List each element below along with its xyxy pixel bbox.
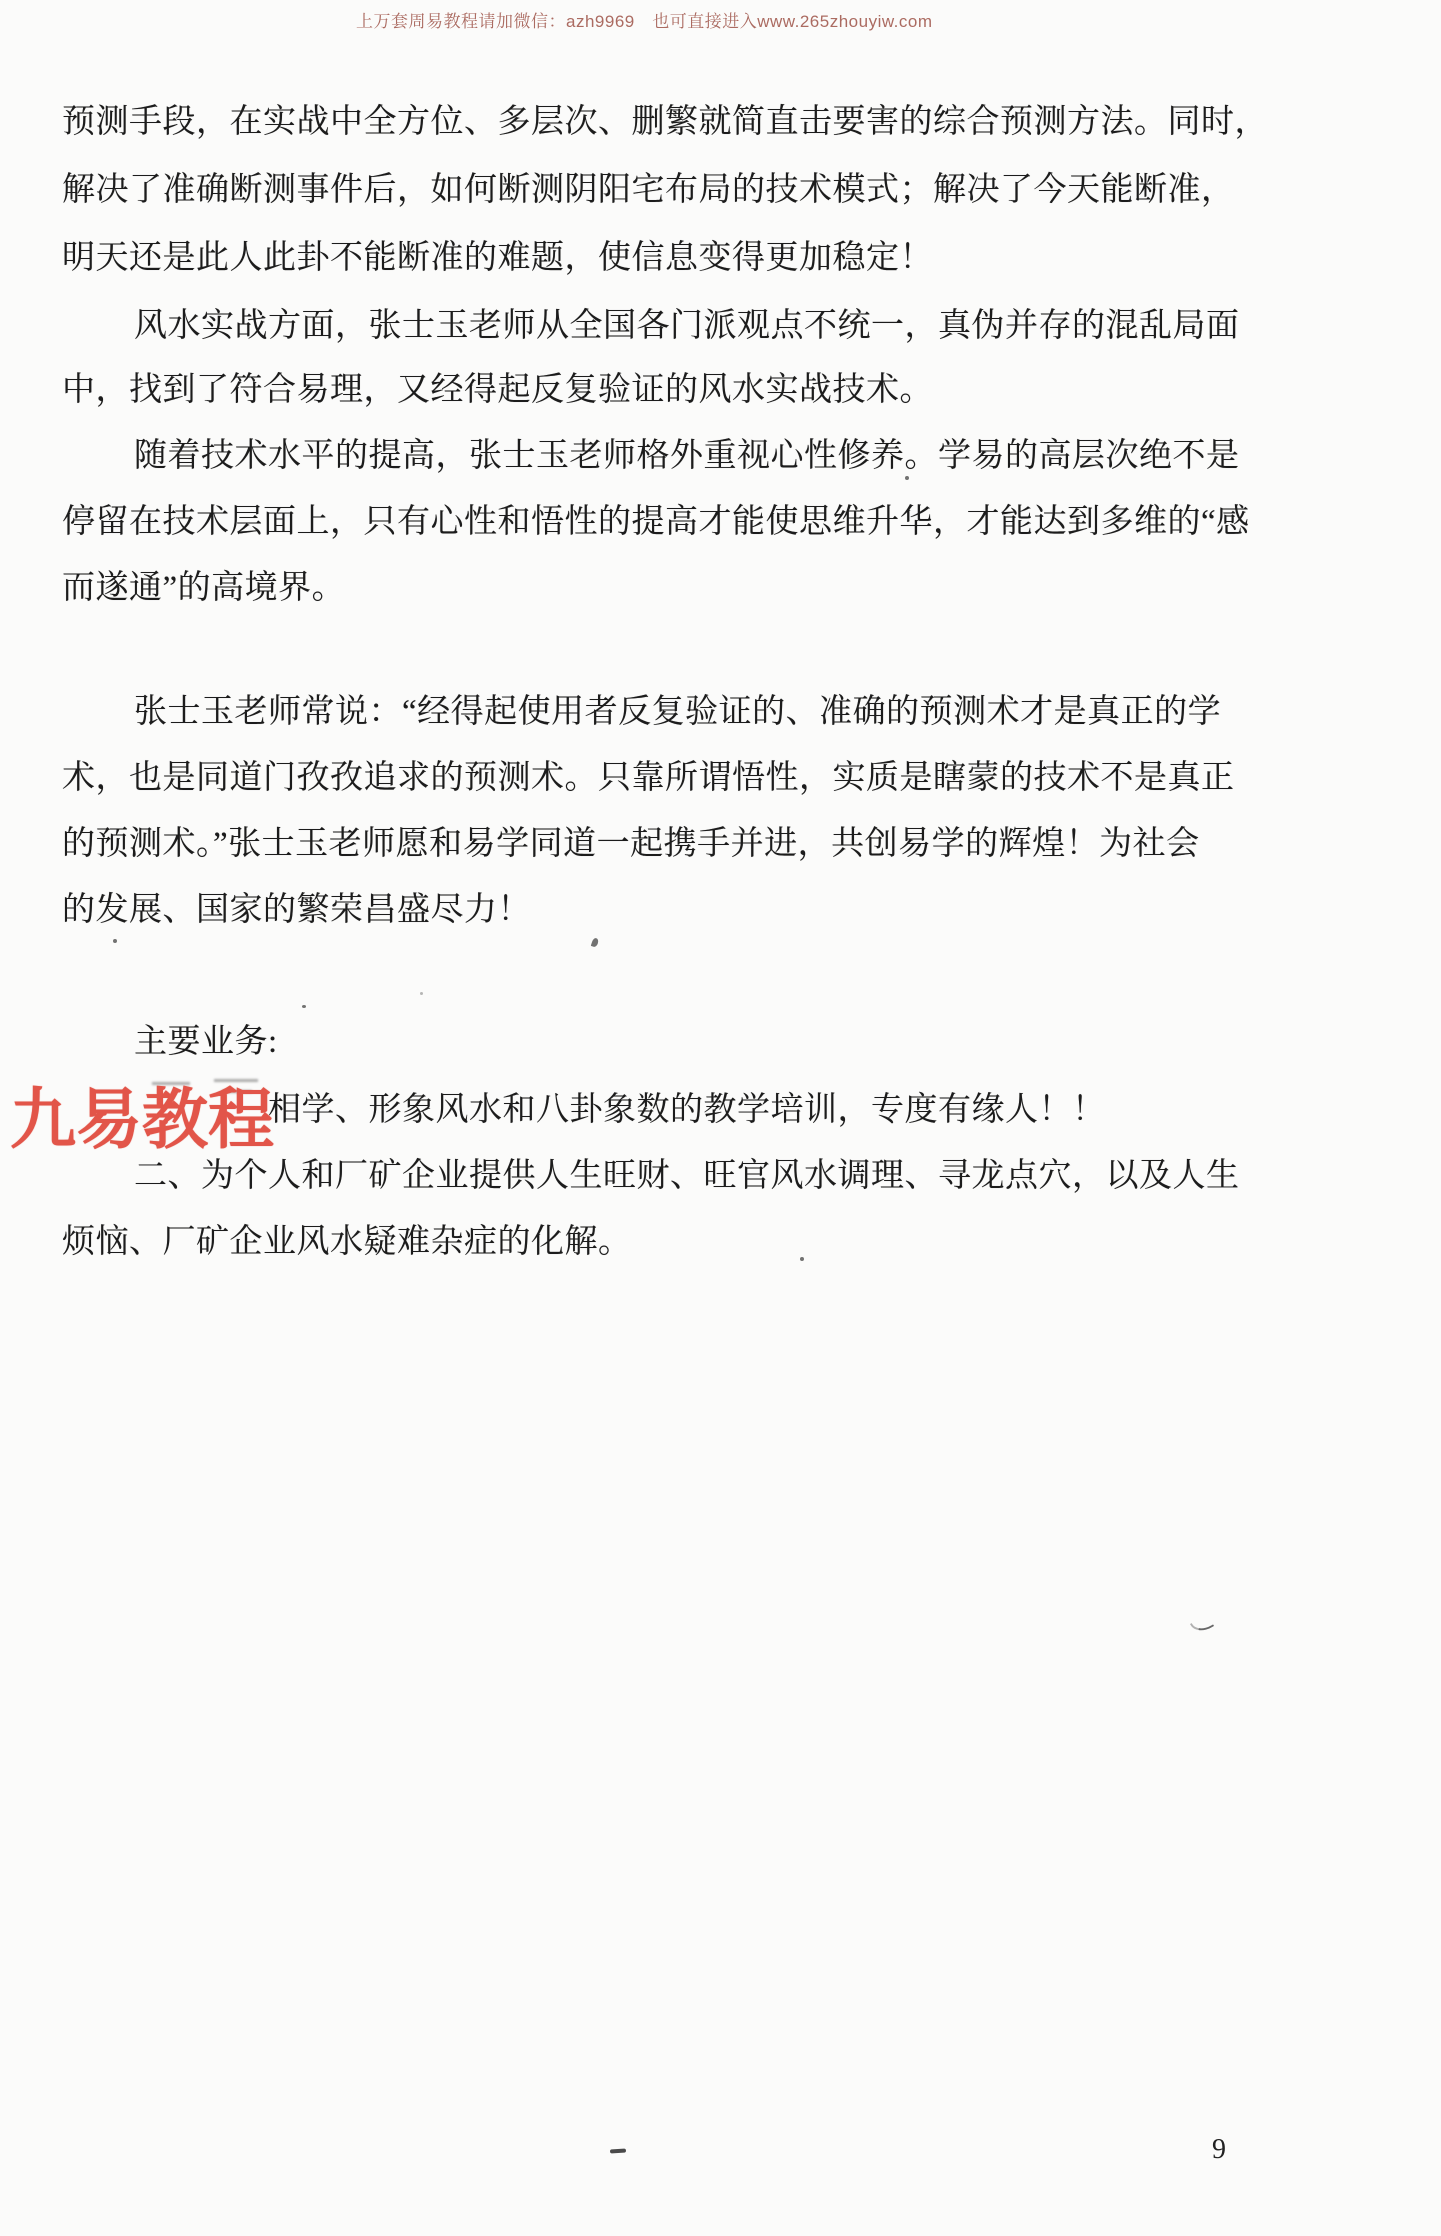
- scan-dash-artifact: [610, 2148, 626, 2153]
- text-line: 的发展、国家的繁荣昌盛尽力！: [62, 890, 1257, 930]
- text-line: 预测手段，在实战中全方位、多层次、删繁就简直击要害的综合预测方法。同时，: [62, 102, 1257, 142]
- scan-speck: [905, 476, 909, 480]
- scan-speck: [302, 1005, 306, 1008]
- scan-speck: [420, 992, 423, 995]
- scan-squiggle-artifact: [1190, 1614, 1214, 1636]
- scanned-document-page: 上万套周易教程请加微信：azh9969 也可直接进入www.265zhouyiw…: [0, 0, 1441, 2236]
- page-number: 9: [1212, 2134, 1226, 2166]
- text-line: 烦恼、厂矿企业风水疑难杂症的化解。: [62, 1222, 1257, 1262]
- text-line: 而遂通”的高境界。: [62, 568, 1257, 608]
- text-line: 解决了准确断测事件后，如何断测阴阳宅布局的技术模式；解决了今天能断准，: [62, 170, 1257, 210]
- header-promo-text: 上万套周易教程请加微信：azh9969 也可直接进入www.265zhouyiw…: [356, 7, 933, 32]
- text-line: 随着技术水平的提高，张士玉老师格外重视心性修养。学易的高层次绝不是: [62, 436, 1329, 476]
- text-line: 术，也是同道门孜孜追求的预测术。只靠所谓悟性，实质是瞎蒙的技术不是真正: [62, 758, 1257, 798]
- brand-watermark-logo: 九易教程: [10, 1086, 274, 1152]
- scan-speck: [800, 1257, 804, 1261]
- scan-speck: [113, 939, 117, 943]
- text-line: 风水实战方面，张士玉老师从全国各门派观点不统一，真伪并存的混乱局面: [62, 306, 1329, 346]
- section-heading: 主要业务:: [62, 1022, 1329, 1062]
- scan-speck: [591, 937, 599, 947]
- text-line: 中，找到了符合易理，又经得起反复验证的风水实战技术。: [62, 370, 1257, 410]
- text-line: 的预测术。”张士玉老师愿和易学同道一起携手并进，共创易学的辉煌！为社会: [62, 824, 1257, 864]
- text-line: 停留在技术层面上，只有心性和悟性的提高才能使思维升华，才能达到多维的“感: [62, 502, 1257, 542]
- text-line: 明天还是此人此卦不能断准的难题，使信息变得更加稳定！: [62, 238, 1257, 278]
- text-line: 二、为个人和厂矿企业提供人生旺财、旺官风水调理、寻龙点穴，以及人生: [62, 1156, 1329, 1196]
- text-line: 张士玉老师常说：“经得起使用者反复验证的、准确的预测术才是真正的学: [62, 692, 1329, 732]
